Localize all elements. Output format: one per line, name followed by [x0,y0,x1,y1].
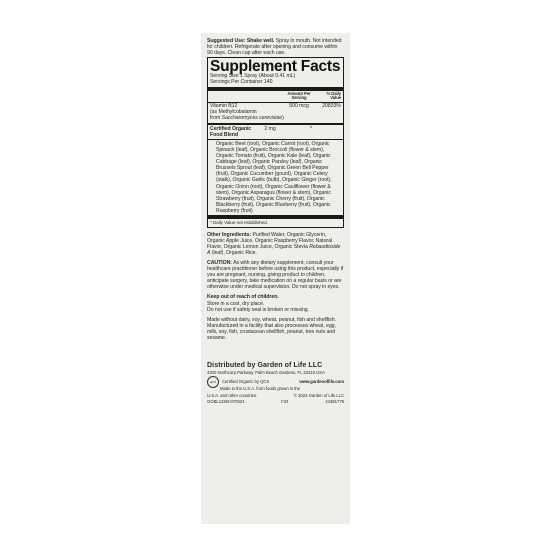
blend-amount: 2 mg [252,126,288,132]
daily-value-header: % Daily Value [317,92,341,101]
nutrient-dv: 20833% [317,103,341,109]
facts-column-headers: Amount Per Serving % Daily Value [210,92,341,101]
caution-heading: CAUTION: [207,260,232,266]
storage: Keep out of reach of children. Store in … [207,294,344,312]
blend-dv: * [288,126,312,132]
facts-row-food-blend: Certified Organic Food Blend 2 mg * [210,126,341,138]
lot-code: GOBL12SB-070524 [207,399,244,405]
suggested-use: Suggested Use: Shake well. Spray in mout… [207,38,344,56]
other-ingredients-text-end: (leaf), Organic Rice. [210,250,256,256]
divider-thin [208,139,343,140]
divider-thin [208,102,343,103]
version-code: F24 [281,399,288,405]
certified-organic-text: Certified Organic by QCS [222,379,269,385]
distributor-heading: Distributed by Garden of Life LLC [207,362,344,370]
servings-per-container: Servings Per Container 140 [210,80,341,86]
item-code: 44391779 [325,399,344,405]
other-ingredients: Other Ingredients: Purified Water, Organ… [207,232,344,256]
product-label-panel: Suggested Use: Shake well. Spray in mout… [201,33,350,524]
product-codes-row: GOBL12SB-070524 F24 44391779 [207,399,344,405]
blend-name: Certified Organic Food Blend [210,126,252,138]
allergen-statement: Made without dairy, soy, wheat, peanut, … [207,317,344,341]
daily-value-footnote: * Daily Value not established. [210,220,341,226]
vitamin-b12-source-line2: from Saccharomyces cerevisiae) [210,115,341,121]
source-suffix: ) [282,115,284,121]
other-ingredients-heading: Other Ingredients: [207,232,251,238]
divider-thick [208,87,343,91]
website-link: www.gardenoflife.com [299,379,344,385]
caution: CAUTION: As with any dietary supplement,… [207,260,344,290]
amount-per-serving-header: Amount Per Serving [281,92,317,101]
divider-medium [208,123,343,126]
supplement-facts-panel: Supplement Facts Serving Size 1 Spray (A… [207,57,344,227]
distributor-address: 4200 Northcorp Parkway, Palm Beach Garde… [207,370,344,376]
suggested-use-heading: Suggested Use: Shake well. [207,38,274,44]
supplement-facts-title: Supplement Facts [210,59,341,74]
source-organism: Saccharomyces cerevisiae [222,115,283,121]
source-prefix: from [210,115,222,121]
blend-ingredients: Organic Beet (root), Organic Carrot (roo… [210,141,341,214]
divider-thick [208,215,343,219]
nutrient-amount: 500 mcg [281,103,317,109]
